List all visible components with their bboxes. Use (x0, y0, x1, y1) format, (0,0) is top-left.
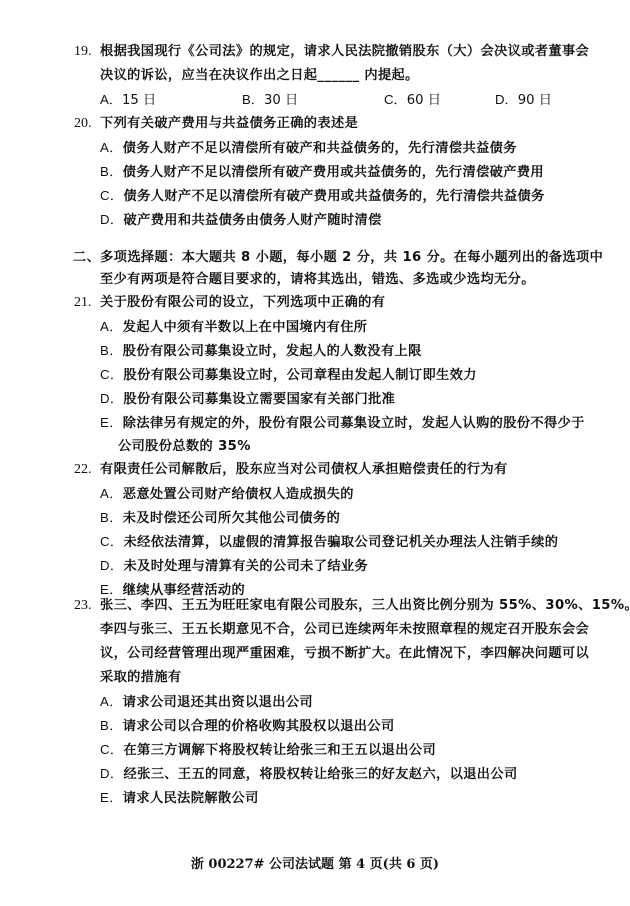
question-number: 19. (74, 43, 92, 61)
question-stem-line: 张三、李四、王五为旺旺家电有限公司股东，三人出资比例分别为 55%、30%、15… (100, 597, 630, 615)
option-c: C．股份有限公司募集设立时，公司章程由发起人制订即生效力 (100, 366, 477, 385)
option-d: D．90 日 (495, 91, 552, 110)
option-b: B．30 日 (242, 91, 298, 110)
option-e: E．除法律另有规定的外，股份有限公司募集设立时，发起人认购的股份不得少于 (100, 414, 585, 433)
question-stem-line: 决议的诉讼，应当在决议作出之日起______ 内提起。 (100, 67, 419, 85)
question-stem: 关于股份有限公司的设立，下列选项中正确的有 (100, 294, 385, 312)
question-stem-line: 议，公司经营管理出现严重困难，亏损不断扩大。在此情况下，李四解决问题可以 (100, 645, 589, 663)
option-e: E．请求人民法院解散公司 (100, 789, 259, 808)
page-footer: 浙 00227# 公司法试题 第 4 页(共 6 页) (0, 853, 630, 872)
question-number: 22. (74, 461, 92, 479)
option-b: B．未及时偿还公司所欠其他公司债务的 (100, 509, 340, 528)
section-instruction-line: 二、多项选择题：本大题共 8 小题，每小题 2 分，共 16 分。在每小题列出的… (73, 249, 603, 267)
question-number: 23. (74, 597, 92, 615)
option-d: D．经张三、王五的同意，将股权转让给张三的好友赵六，以退出公司 (100, 765, 518, 784)
option-c: C．在第三方调解下将股权转让给张三和王五以退出公司 (100, 741, 436, 760)
option-d: D．破产费用和共益债务由债务人财产随时清偿 (100, 211, 382, 230)
option-a: A．请求公司退还其出资以退出公司 (100, 693, 313, 712)
section-instruction-line: 至少有两项是符合题目要求的，请将其选出，错选、多选或少选均无分。 (100, 271, 535, 289)
question-stem-line: 采取的措施有 (100, 669, 182, 687)
option-a: A．恶意处置公司财产给债权人造成损失的 (100, 485, 354, 504)
question-stem-line: 李四与张三、王五长期意见不合，公司已连续两年未按照章程的规定召开股东会会 (100, 621, 589, 639)
option-b: B．债务人财产不足以清偿所有破产费用或共益债务的，先行清偿破产费用 (100, 163, 544, 182)
option-a: A．债务人财产不足以清偿所有破产和共益债务的，先行清偿共益债务 (100, 139, 517, 158)
option-b: B．股份有限公司募集设立时，发起人的人数没有上限 (100, 342, 422, 361)
question-stem: 有限责任公司解散后，股东应当对公司债权人承担赔偿责任的行为有 (100, 461, 508, 479)
option-d: D．未及时处理与清算有关的公司未了结业务 (100, 557, 368, 576)
question-number: 20. (74, 115, 92, 133)
option-b: B．请求公司以合理的价格收购其股权以退出公司 (100, 717, 395, 736)
option-a: A．15 日 (100, 91, 156, 110)
option-e-continuation: 公司股份总数的 35% (118, 438, 251, 456)
question-stem: 下列有关破产费用与共益债务正确的表述是 (100, 115, 358, 133)
question-number: 21. (74, 294, 92, 312)
option-c: C．60 日 (384, 91, 441, 110)
option-a: A．发起人中须有半数以上在中国境内有住所 (100, 318, 367, 337)
option-c: C．债务人财产不足以清偿所有破产费用或共益债务的，先行清偿共益债务 (100, 187, 545, 206)
question-stem-line: 根据我国现行《公司法》的规定，请求人民法院撤销股东（大）会决议或者董事会 (100, 43, 589, 61)
option-c: C．未经依法清算，以虚假的清算报告骗取公司登记机关办理法人注销手续的 (100, 533, 558, 552)
option-d: D．股份有限公司募集设立需要国家有关部门批准 (100, 390, 395, 409)
